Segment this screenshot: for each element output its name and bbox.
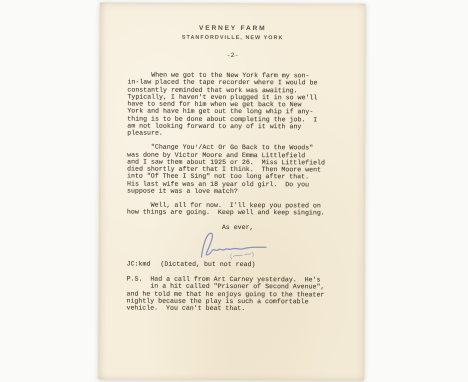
paragraph-tape-recorder: When we got to the New York farm my son-… — [127, 72, 345, 138]
typewritten-line: suppose it was a love match? — [127, 187, 345, 195]
typewritten-line: pleasure. — [127, 130, 345, 138]
scanned-letter-screenshot: VERNEY FARM STANFORDVILLE, NEW YORK -2- … — [0, 0, 468, 382]
typewritten-line: vehicle. You can't beat that. — [126, 305, 344, 313]
page-number: -2- — [100, 51, 366, 59]
typewritten-line: how things are going. Keep well and keep… — [127, 209, 345, 217]
paragraph-farewell: Well, all for now. I'll keep you posted … — [127, 202, 345, 217]
letterhead: VERNEY FARM STANFORDVILLE, NEW YORK — [100, 24, 366, 42]
signature-ink-stroke — [189, 227, 273, 263]
letter-page: VERNEY FARM STANFORDVILLE, NEW YORK -2- … — [98, 2, 366, 380]
letterhead-farm-name: VERNEY FARM — [100, 24, 366, 33]
typist-initials: JC:kmd — [127, 260, 151, 267]
signature-handwritten — [189, 227, 273, 263]
letterhead-location: STANFORDVILLE, NEW YORK — [100, 34, 366, 42]
letter-body: When we got to the New York farm my son-… — [126, 72, 345, 313]
paragraph-victor-moore: "Change Youʳ/Act Or Go Back to the Woods… — [127, 144, 345, 196]
postscript: P.S. Had a call from Art Carney yesterda… — [126, 276, 344, 313]
